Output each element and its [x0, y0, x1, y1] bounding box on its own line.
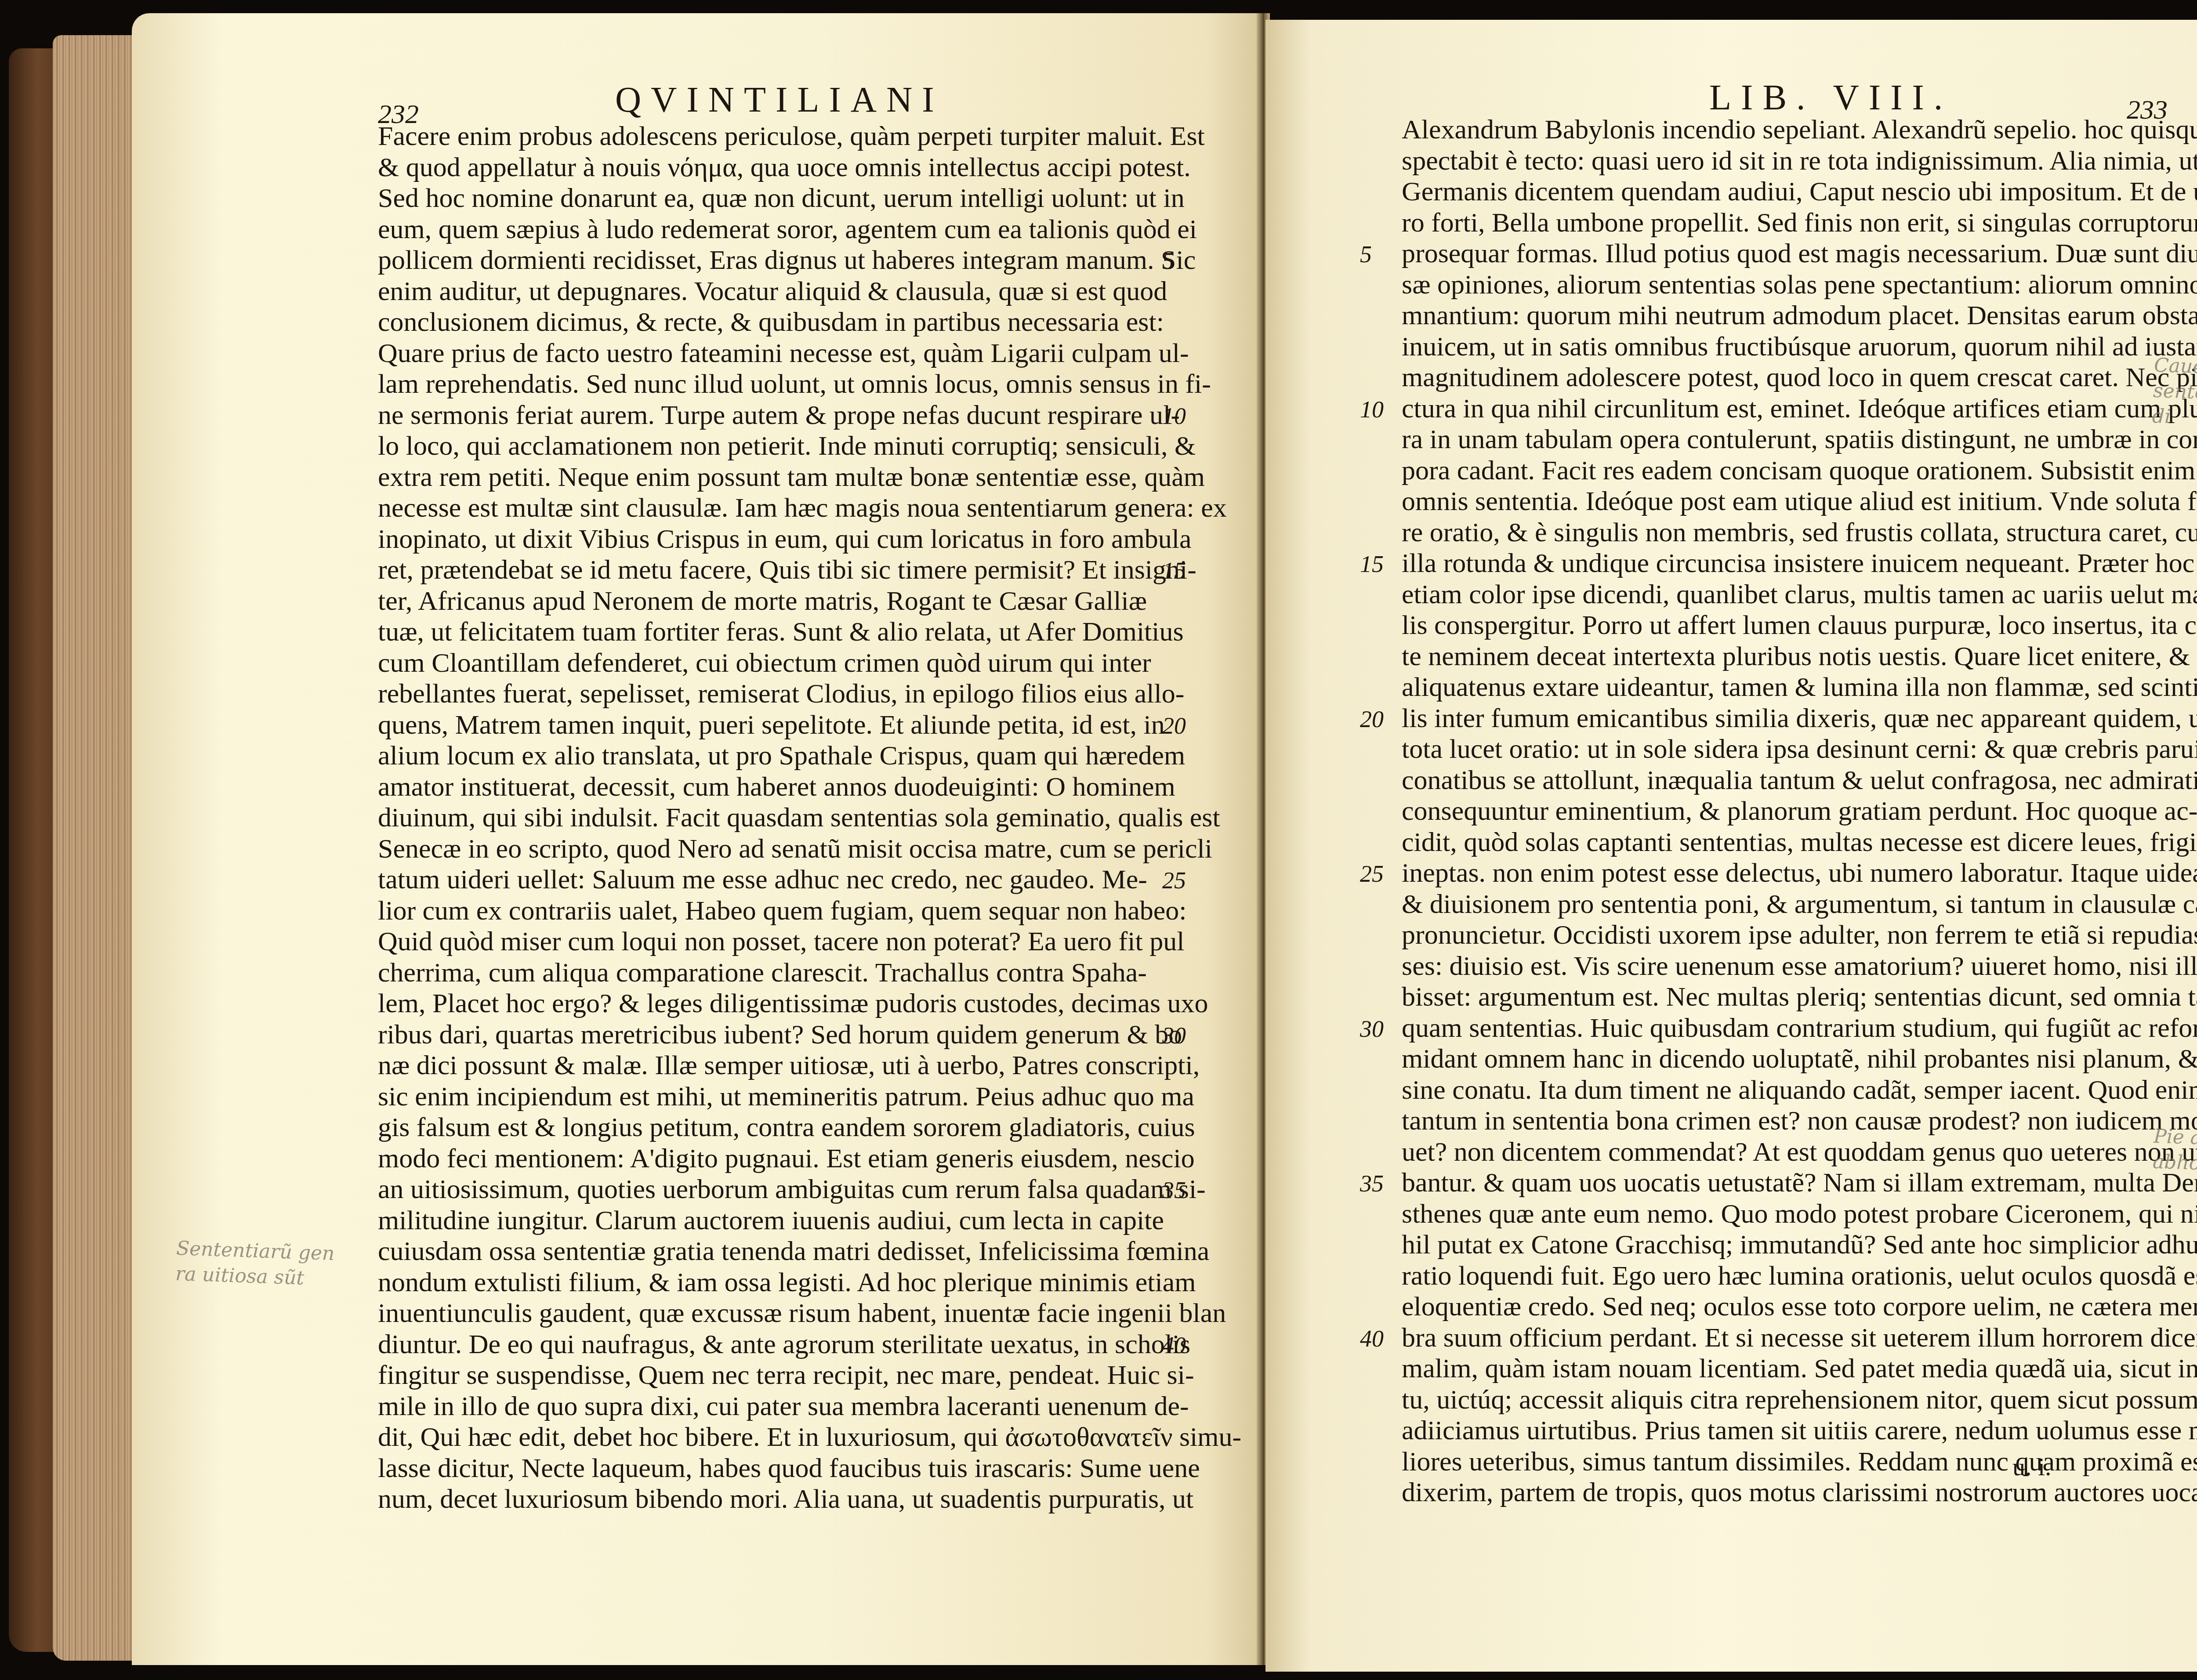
text-line: malim, quàm istam nouam licentiam. Sed p… [1402, 1353, 2105, 1384]
text-line: lasse dicitur, Necte laqueum, habes quod… [378, 1453, 1147, 1484]
text-line: & diuisionem pro sententia poni, & argum… [1402, 889, 2105, 920]
text-line: Quare prius de facto uestro fateamini ne… [378, 338, 1147, 369]
text-line: midant omnem hanc in dicendo uoluptatẽ, … [1402, 1043, 2105, 1075]
line-number: 35 [1360, 1170, 1384, 1197]
signature-mark: u. i. [2012, 1452, 2052, 1481]
text-line: tatum uideri uellet: Saluum me esse adhu… [378, 864, 1147, 895]
text-line: sic enim incipiendum est mihi, ut memine… [378, 1081, 1147, 1112]
text-line: lo loco, qui acclamationem non petierit.… [378, 431, 1147, 462]
text-line: cuiusdam ossa sententiæ gratia tenenda m… [378, 1236, 1147, 1267]
text-line: quam sententias. Huic quibusdam contrari… [1402, 1013, 2105, 1044]
text-line: illa rotunda & undique circuncisa insist… [1402, 548, 2105, 579]
line-number: 25 [1360, 860, 1384, 887]
text-line: Facere enim probus adolescens periculose… [378, 121, 1147, 152]
text-line: tuæ, ut felicitatem tuam fortiter feras.… [378, 616, 1147, 648]
text-line: etiam color ipse dicendi, quanlibet clar… [1402, 579, 2105, 610]
text-line: alium locum ex alio translata, ut pro Sp… [378, 740, 1147, 771]
line-number: 15 [1162, 557, 1186, 584]
text-line: dit, Qui hæc edit, debet hoc bibere. Et … [378, 1422, 1147, 1453]
text-line: lis inter fumum emicantibus similia dixe… [1402, 703, 2105, 734]
line-number: 15 [1360, 550, 1384, 578]
text-line: dixerim, partem de tropis, quos motus cl… [1402, 1477, 2105, 1508]
line-number: 5 [1162, 247, 1174, 275]
text-line: pronuncietur. Occidisti uxorem ipse adul… [1402, 920, 2105, 951]
handwritten-marginalia: Cauendũ ne nimisententijs dededi [2152, 353, 2197, 436]
text-line: ratio loquendi fuit. Ego uero hæc lumina… [1402, 1260, 2105, 1292]
text-line: ses: diuisio est. Vis scire uenenum esse… [1402, 951, 2105, 982]
text-line: Senecæ in eo scripto, quod Nero ad senat… [378, 833, 1147, 865]
text-line: mnantium: quorum mihi neutrum admodum pl… [1402, 300, 2105, 331]
text-line: Germanis dicentem quendam audiui, Caput … [1402, 176, 2105, 207]
text-line: modo feci mentionem: A'digito pugnaui. E… [378, 1143, 1147, 1174]
text-line: lam reprehendatis. Sed nunc illud uolunt… [378, 369, 1147, 400]
line-number: 10 [1162, 402, 1186, 430]
text-line: fingitur se suspendisse, Quem nec terra … [378, 1360, 1147, 1391]
text-line: tota lucet oratio: ut in sole sidera ips… [1402, 734, 2105, 765]
text-line: sæ opiniones, aliorum sententias solas p… [1402, 269, 2105, 301]
text-line: pora cadant. Facit res eadem concisam qu… [1402, 455, 2105, 486]
right-page: LIB. VIII. 233 Alexandrum Babylonis ince… [1265, 20, 2197, 1672]
text-line: eloquentiæ credo. Sed neq; oculos esse t… [1402, 1291, 2105, 1322]
text-line: adiiciamus uirtutibus. Prius tamen sit u… [1402, 1415, 2105, 1446]
text-line: quens, Matrem tamen inquit, pueri sepeli… [378, 710, 1147, 741]
left-page: 232 QVINTILIANI Facere enim probus adole… [132, 13, 1261, 1665]
text-line: cherrima, cum aliqua comparatione clares… [378, 957, 1147, 988]
text-line: conatibus se attollunt, inæqualia tantum… [1402, 765, 2105, 796]
text-line: mile in illo de quo supra dixi, cui pate… [378, 1391, 1147, 1422]
text-line: diuntur. De eo qui naufragus, & ante agr… [378, 1329, 1147, 1360]
text-line: hil putat ex Catone Gracchisq; immutandũ… [1402, 1229, 2105, 1260]
text-line: bantur. & quam uos uocatis uetustatẽ? Na… [1402, 1167, 2105, 1198]
text-line: num, decet luxuriosum bibendo mori. Alia… [378, 1484, 1147, 1515]
text-line: sthenes quæ ante eum nemo. Quo modo pote… [1402, 1198, 2105, 1230]
text-line: diuinum, qui sibi indulsit. Facit quasda… [378, 802, 1147, 833]
text-block-right: Alexandrum Babylonis incendio sepeliant.… [1402, 114, 2105, 1508]
text-line: te neminem deceat intertexta pluribus no… [1402, 641, 2105, 672]
handwritten-marginalia: Sententiarũ genra uitiosa sũt [175, 1236, 361, 1293]
text-line: ne sermonis feriat aurem. Turpe autem & … [378, 400, 1147, 431]
text-line: re oratio, & è singulis non membris, sed… [1402, 517, 2105, 548]
text-line: ribus dari, quartas meretricibus iubent?… [378, 1019, 1147, 1050]
text-line: ra in unam tabulam opera contulerunt, sp… [1402, 424, 2105, 455]
running-head: QVINTILIANI [615, 79, 944, 120]
text-line: magnitudinem adolescere potest, quod loc… [1402, 362, 2105, 393]
text-line: conclusionem dicimus, & recte, & quibusd… [378, 307, 1147, 338]
text-line: amator instituerat, decessit, cum habere… [378, 771, 1147, 803]
text-line: bisset: argumentum est. Nec multas pleri… [1402, 981, 2105, 1013]
text-line: eum, quem sæpius à ludo redemerat soror,… [378, 214, 1147, 245]
text-line: extra rem petiti. Neque enim possunt tam… [378, 462, 1147, 493]
text-line: bra suum officium perdant. Et si necesse… [1402, 1322, 2105, 1354]
text-line: lem, Placet hoc ergo? & leges diligentis… [378, 988, 1147, 1019]
text-line: ro forti, Bella umbone propellit. Sed fi… [1402, 207, 2105, 239]
text-line: inuicem, ut in satis omnibus fructibúsqu… [1402, 331, 2105, 362]
line-number: 25 [1162, 867, 1186, 894]
text-line: liores ueteribus, simus tantum dissimile… [1402, 1446, 2105, 1477]
line-number: 5 [1360, 241, 1372, 268]
text-line: cum Cloantillam defenderet, cui obiectum… [378, 648, 1147, 679]
text-line: prosequar formas. Illud potius quod est … [1402, 238, 2105, 269]
text-line: uet? non dicentem commendat? At est quod… [1402, 1137, 2105, 1168]
handwritten-marginalia: Pie abijs nimiabhorrentis. [2152, 1124, 2197, 1181]
text-line: & quod appellatur à nouis νόημα, qua uoc… [378, 152, 1147, 183]
text-line: cidit, quòd solas captanti sententias, m… [1402, 827, 2105, 858]
line-number: 30 [1360, 1015, 1384, 1043]
text-line: ctura in qua nihil circunlitum est, emin… [1402, 393, 2105, 424]
line-number: 35 [1162, 1177, 1186, 1204]
text-line: rebellantes fuerat, sepelisset, remisera… [378, 678, 1147, 710]
text-line: an uitiosissimum, quoties uerborum ambig… [378, 1174, 1147, 1205]
running-head: LIB. VIII. [1709, 77, 1952, 118]
text-line: inopinato, ut dixit Vibius Crispus in eu… [378, 524, 1147, 555]
text-line: næ dici possunt & malæ. Illæ semper uiti… [378, 1050, 1147, 1081]
text-line: tantum in sententia bona crimen est? non… [1402, 1105, 2105, 1137]
text-line: Sed hoc nomine donarunt ea, quæ non dicu… [378, 183, 1147, 214]
text-line: militudine iungitur. Clarum auctorem iuu… [378, 1205, 1147, 1236]
line-number: 20 [1162, 712, 1186, 739]
line-number: 10 [1360, 396, 1384, 423]
text-line: aliquatenus extare uideantur, tamen & lu… [1402, 672, 2105, 703]
text-line: nondum extulisti filium, & iam ossa legi… [378, 1267, 1147, 1298]
line-number: 40 [1360, 1325, 1384, 1352]
line-number: 40 [1162, 1332, 1186, 1359]
text-line: consequuntur eminentium, & planorum grat… [1402, 796, 2105, 827]
text-line: pollicem dormienti recidisset, Eras dign… [378, 245, 1147, 276]
open-book-spread: 232 QVINTILIANI Facere enim probus adole… [0, 0, 2197, 1680]
text-line: Quid quòd miser cum loqui non posset, ta… [378, 926, 1147, 957]
text-line: ret, prætendebat se id metu facere, Quis… [378, 554, 1147, 586]
text-line: spectabit è tecto: quasi uero id sit in … [1402, 145, 2105, 177]
text-block-left: Facere enim probus adolescens periculose… [378, 121, 1147, 1515]
text-line: tu, uictúq; accessit aliquis citra repre… [1402, 1384, 2105, 1416]
text-line: Alexandrum Babylonis incendio sepeliant.… [1402, 114, 2105, 145]
text-line: enim auditur, ut depugnares. Vocatur ali… [378, 276, 1147, 307]
text-line: ter, Africanus apud Neronem de morte mat… [378, 586, 1147, 617]
text-line: necesse est multæ sint clausulæ. Iam hæc… [378, 492, 1147, 524]
line-number: 20 [1360, 706, 1384, 733]
text-line: gis falsum est & longius petitum, contra… [378, 1112, 1147, 1143]
text-line: lis conspergitur. Porro ut affert lumen … [1402, 610, 2105, 641]
text-line: omnis sententia. Ideóque post eam utique… [1402, 486, 2105, 517]
page-edges-left [53, 35, 141, 1661]
text-line: lior cum ex contrariis ualet, Habeo quem… [378, 895, 1147, 927]
text-line: sine conatu. Ita dum timent ne aliquando… [1402, 1075, 2105, 1106]
text-line: inuentiunculis gaudent, quæ excussæ risu… [378, 1298, 1147, 1329]
text-line: ineptas. non enim potest esse delectus, … [1402, 858, 2105, 889]
line-number: 30 [1162, 1022, 1186, 1049]
